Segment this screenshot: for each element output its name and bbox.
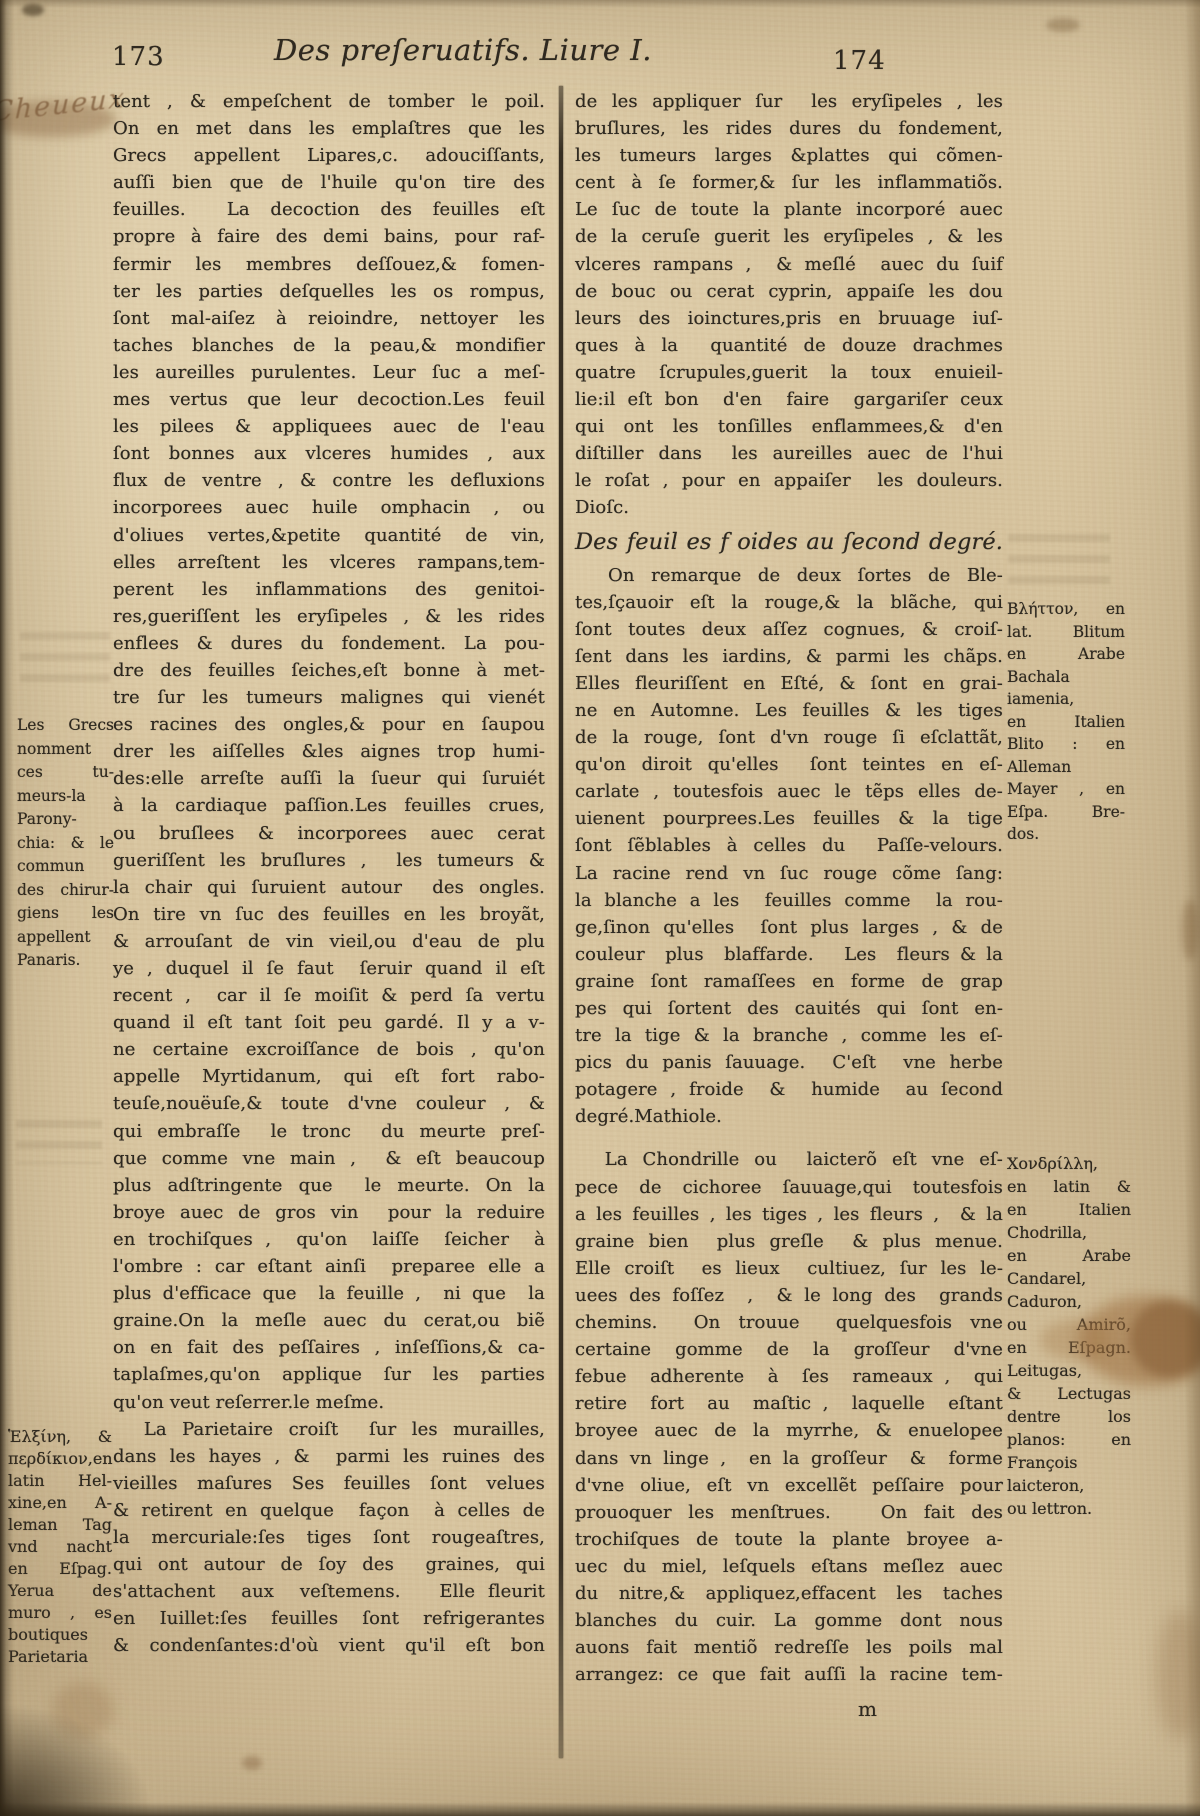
- page-edge-top: [0, 0, 1200, 8]
- page-edge-right: [1184, 0, 1200, 1816]
- folio-number-left: 173: [112, 42, 165, 72]
- folio-number-right: 174: [833, 46, 886, 76]
- stain: [1046, 18, 1080, 32]
- paragraph: La Parietaire croiſt ſur les murailles,d…: [113, 1416, 545, 1660]
- column-divider-rule: [559, 86, 563, 1758]
- show-through-text: [1008, 534, 1110, 586]
- margin-note-left-lower: Ἑλξίνη, &περδίκιον,enlatin Hel-xine,en A…: [8, 1426, 112, 1668]
- margin-note-right-lower: Χονδρίλλη,en latin &en ItalienChodrilla,…: [1007, 1152, 1131, 1520]
- page-edge-bottom: [0, 1802, 1200, 1816]
- running-title: Des preſeruatifs. Liure I.: [274, 33, 652, 67]
- paragraph: On remarque de deux ſortes de Ble-tes,ſç…: [575, 562, 1003, 1131]
- stain: [242, 1756, 262, 1770]
- paragraph: La Chondrille ou laicterõ eſt vne eſ-pec…: [575, 1146, 1003, 1688]
- paragraph: tent , & empeſchent de tomber le poil.On…: [113, 88, 545, 1416]
- section-heading: Des feuil es f oides au ſecond degré.: [575, 522, 1003, 562]
- page-edge-left: [0, 0, 14, 1816]
- show-through-text: [20, 632, 110, 692]
- catchword: m: [858, 1697, 877, 1721]
- margin-note-left-upper: Les Grecsnommentces tu-meurs-laParony-ch…: [17, 714, 114, 973]
- book-page-scan: 173 Des preſeruatifs. Liure I. 174 Cheue…: [0, 0, 1200, 1816]
- text-column-right: de les appliquer ſur les eryſipeles , le…: [575, 88, 1003, 1688]
- handwritten-annotation: Cheueux: [0, 83, 126, 128]
- page-corner-shadow: [0, 1706, 150, 1816]
- margin-note-right-upper: Βλήττον, enlat. Blitumen ArabeBachalaiam…: [1007, 598, 1125, 846]
- show-through-text: [16, 1120, 102, 1164]
- paragraph: de les appliquer ſur les eryſipeles , le…: [575, 88, 1003, 522]
- text-column-left: tent , & empeſchent de tomber le poil.On…: [113, 88, 545, 1659]
